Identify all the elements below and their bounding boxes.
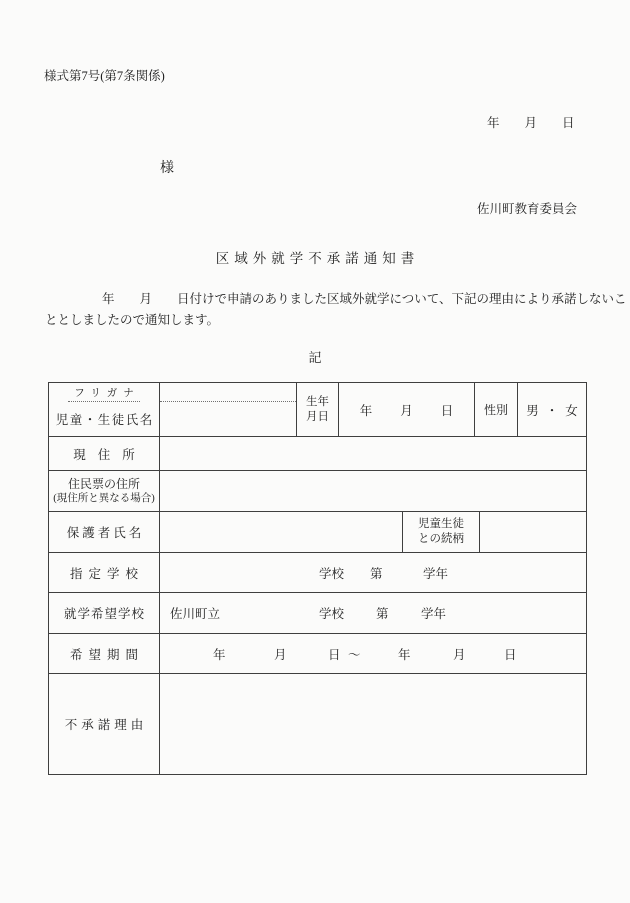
birthdate-label-line1: 生年: [306, 395, 329, 410]
refusal-reason-label-cell: 不承諾理由: [49, 674, 159, 774]
period-start-day-label: 日: [328, 645, 341, 663]
municipal-prefix-label: 佐川町立: [170, 604, 220, 622]
student-name-cell: [159, 383, 296, 436]
desired-period-label: 希望期間: [64, 645, 144, 663]
designated-school-label-cell: 指定学校: [49, 553, 159, 592]
relation-label-line1: 児童生徒: [418, 517, 464, 532]
school-suffix-label: 学校: [319, 604, 344, 622]
desired-school-cell: 佐川町立 学校 第 学年: [159, 593, 586, 633]
table-row-registered-address: 住民票の住所 (現住所と異なる場合): [49, 470, 586, 511]
table-row-current-address: 現住所: [49, 436, 586, 470]
birth-day-label: 日: [441, 401, 454, 419]
grade-no-label: 第: [376, 604, 389, 622]
relation-label-line2: との続柄: [418, 532, 464, 547]
period-start-year-label: 年: [213, 645, 226, 663]
gender-value-cell: 男・女: [517, 383, 586, 436]
issuer-name: 佐川町教育委員会: [477, 199, 577, 217]
relation-label-cell: 児童生徒 との続柄: [402, 512, 479, 552]
school-suffix-label: 学校: [319, 564, 344, 582]
date-month-label: 月: [525, 113, 538, 131]
form-table: フリガナ 児童・生徒氏名 生年 月日 年 月 日 性別: [48, 382, 587, 775]
addressee-honorific: 様: [160, 157, 174, 177]
designated-school-label: 指定学校: [64, 564, 144, 582]
record-marker: 記: [0, 347, 630, 366]
period-end-month-label: 月: [453, 645, 466, 663]
gender-label-cell: 性別: [474, 383, 517, 436]
grade-no-label: 第: [370, 564, 383, 582]
table-row-refusal-reason: 不承諾理由: [49, 673, 586, 774]
form-number-label: 様式第7号(第7条関係): [44, 66, 165, 84]
grade-suffix-label: 学年: [423, 564, 448, 582]
body-line-2: ととしましたので通知します。: [45, 310, 605, 331]
body-paragraph: 年 月 日付けで申請のありました区域外就学について、下記の理由により承諾しないこ…: [45, 289, 605, 330]
refusal-reason-label: 不承諾理由: [61, 715, 148, 733]
desired-period-cell: 年 月 日 ～ 年 月 日: [159, 634, 586, 673]
birthdate-format: 年 月 日: [360, 401, 454, 419]
table-row-designated-school: 指定学校 学校 第 学年: [49, 552, 586, 592]
date-day-label: 日: [562, 113, 575, 131]
document-page: 様式第7号(第7条関係) 年 月 日 様 佐川町教育委員会 区域外就学不承諾通知…: [0, 0, 630, 903]
gender-options: 男・女: [519, 401, 585, 419]
grade-suffix-label: 学年: [421, 604, 446, 622]
guardian-name-label-cell: 保護者氏名: [49, 512, 159, 552]
body-line-1: 年 月 日付けで申請のありました区域外就学について、下記の理由により承諾しないこ: [45, 289, 605, 310]
period-tilde: ～: [348, 645, 361, 663]
registered-address-cell: [159, 471, 586, 511]
registered-address-label-line2: (現住所と異なる場合): [53, 492, 155, 506]
student-name-label: 児童・生徒氏名: [54, 402, 154, 436]
relation-value-cell: [479, 512, 586, 552]
furigana-label: フリガナ: [68, 383, 139, 402]
period-end-day-label: 日: [504, 645, 517, 663]
gender-label: 性別: [484, 401, 508, 418]
current-address-label-cell: 現住所: [49, 437, 159, 470]
document-title: 区域外就学不承諾通知書: [0, 247, 630, 267]
desired-school-label-cell: 就学希望学校: [49, 593, 159, 633]
period-end-year-label: 年: [398, 645, 411, 663]
birthdate-label-cell: 生年 月日: [296, 383, 338, 436]
furigana-field: [160, 383, 296, 402]
date-year-label: 年: [487, 113, 500, 131]
current-address-label: 現住所: [61, 445, 147, 463]
guardian-name-cell: [159, 512, 402, 552]
table-row-guardian: 保護者氏名 児童生徒 との続柄: [49, 511, 586, 552]
issue-date-line: 年 月 日: [487, 113, 575, 131]
period-start-month-label: 月: [274, 645, 287, 663]
desired-school-label: 就学希望学校: [63, 604, 145, 622]
student-name-field: [160, 402, 296, 436]
current-address-cell: [159, 437, 586, 470]
birthdate-label-line2: 月日: [306, 410, 329, 425]
guardian-name-label: 保護者氏名: [64, 523, 145, 541]
table-row-desired-period: 希望期間 年 月 日 ～ 年 月 日: [49, 633, 586, 673]
registered-address-label-cell: 住民票の住所 (現住所と異なる場合): [49, 471, 159, 511]
refusal-reason-cell: [159, 674, 586, 774]
birthdate-value-cell: 年 月 日: [338, 383, 474, 436]
registered-address-label-line1: 住民票の住所: [68, 476, 140, 492]
desired-period-label-cell: 希望期間: [49, 634, 159, 673]
designated-school-cell: 学校 第 学年: [159, 553, 586, 592]
birth-month-label: 月: [400, 401, 413, 419]
table-row-desired-school: 就学希望学校 佐川町立 学校 第 学年: [49, 592, 586, 633]
table-row-student: フリガナ 児童・生徒氏名 生年 月日 年 月 日 性別: [49, 383, 586, 436]
student-name-label-cell: フリガナ 児童・生徒氏名: [49, 383, 159, 436]
birth-year-label: 年: [360, 401, 373, 419]
